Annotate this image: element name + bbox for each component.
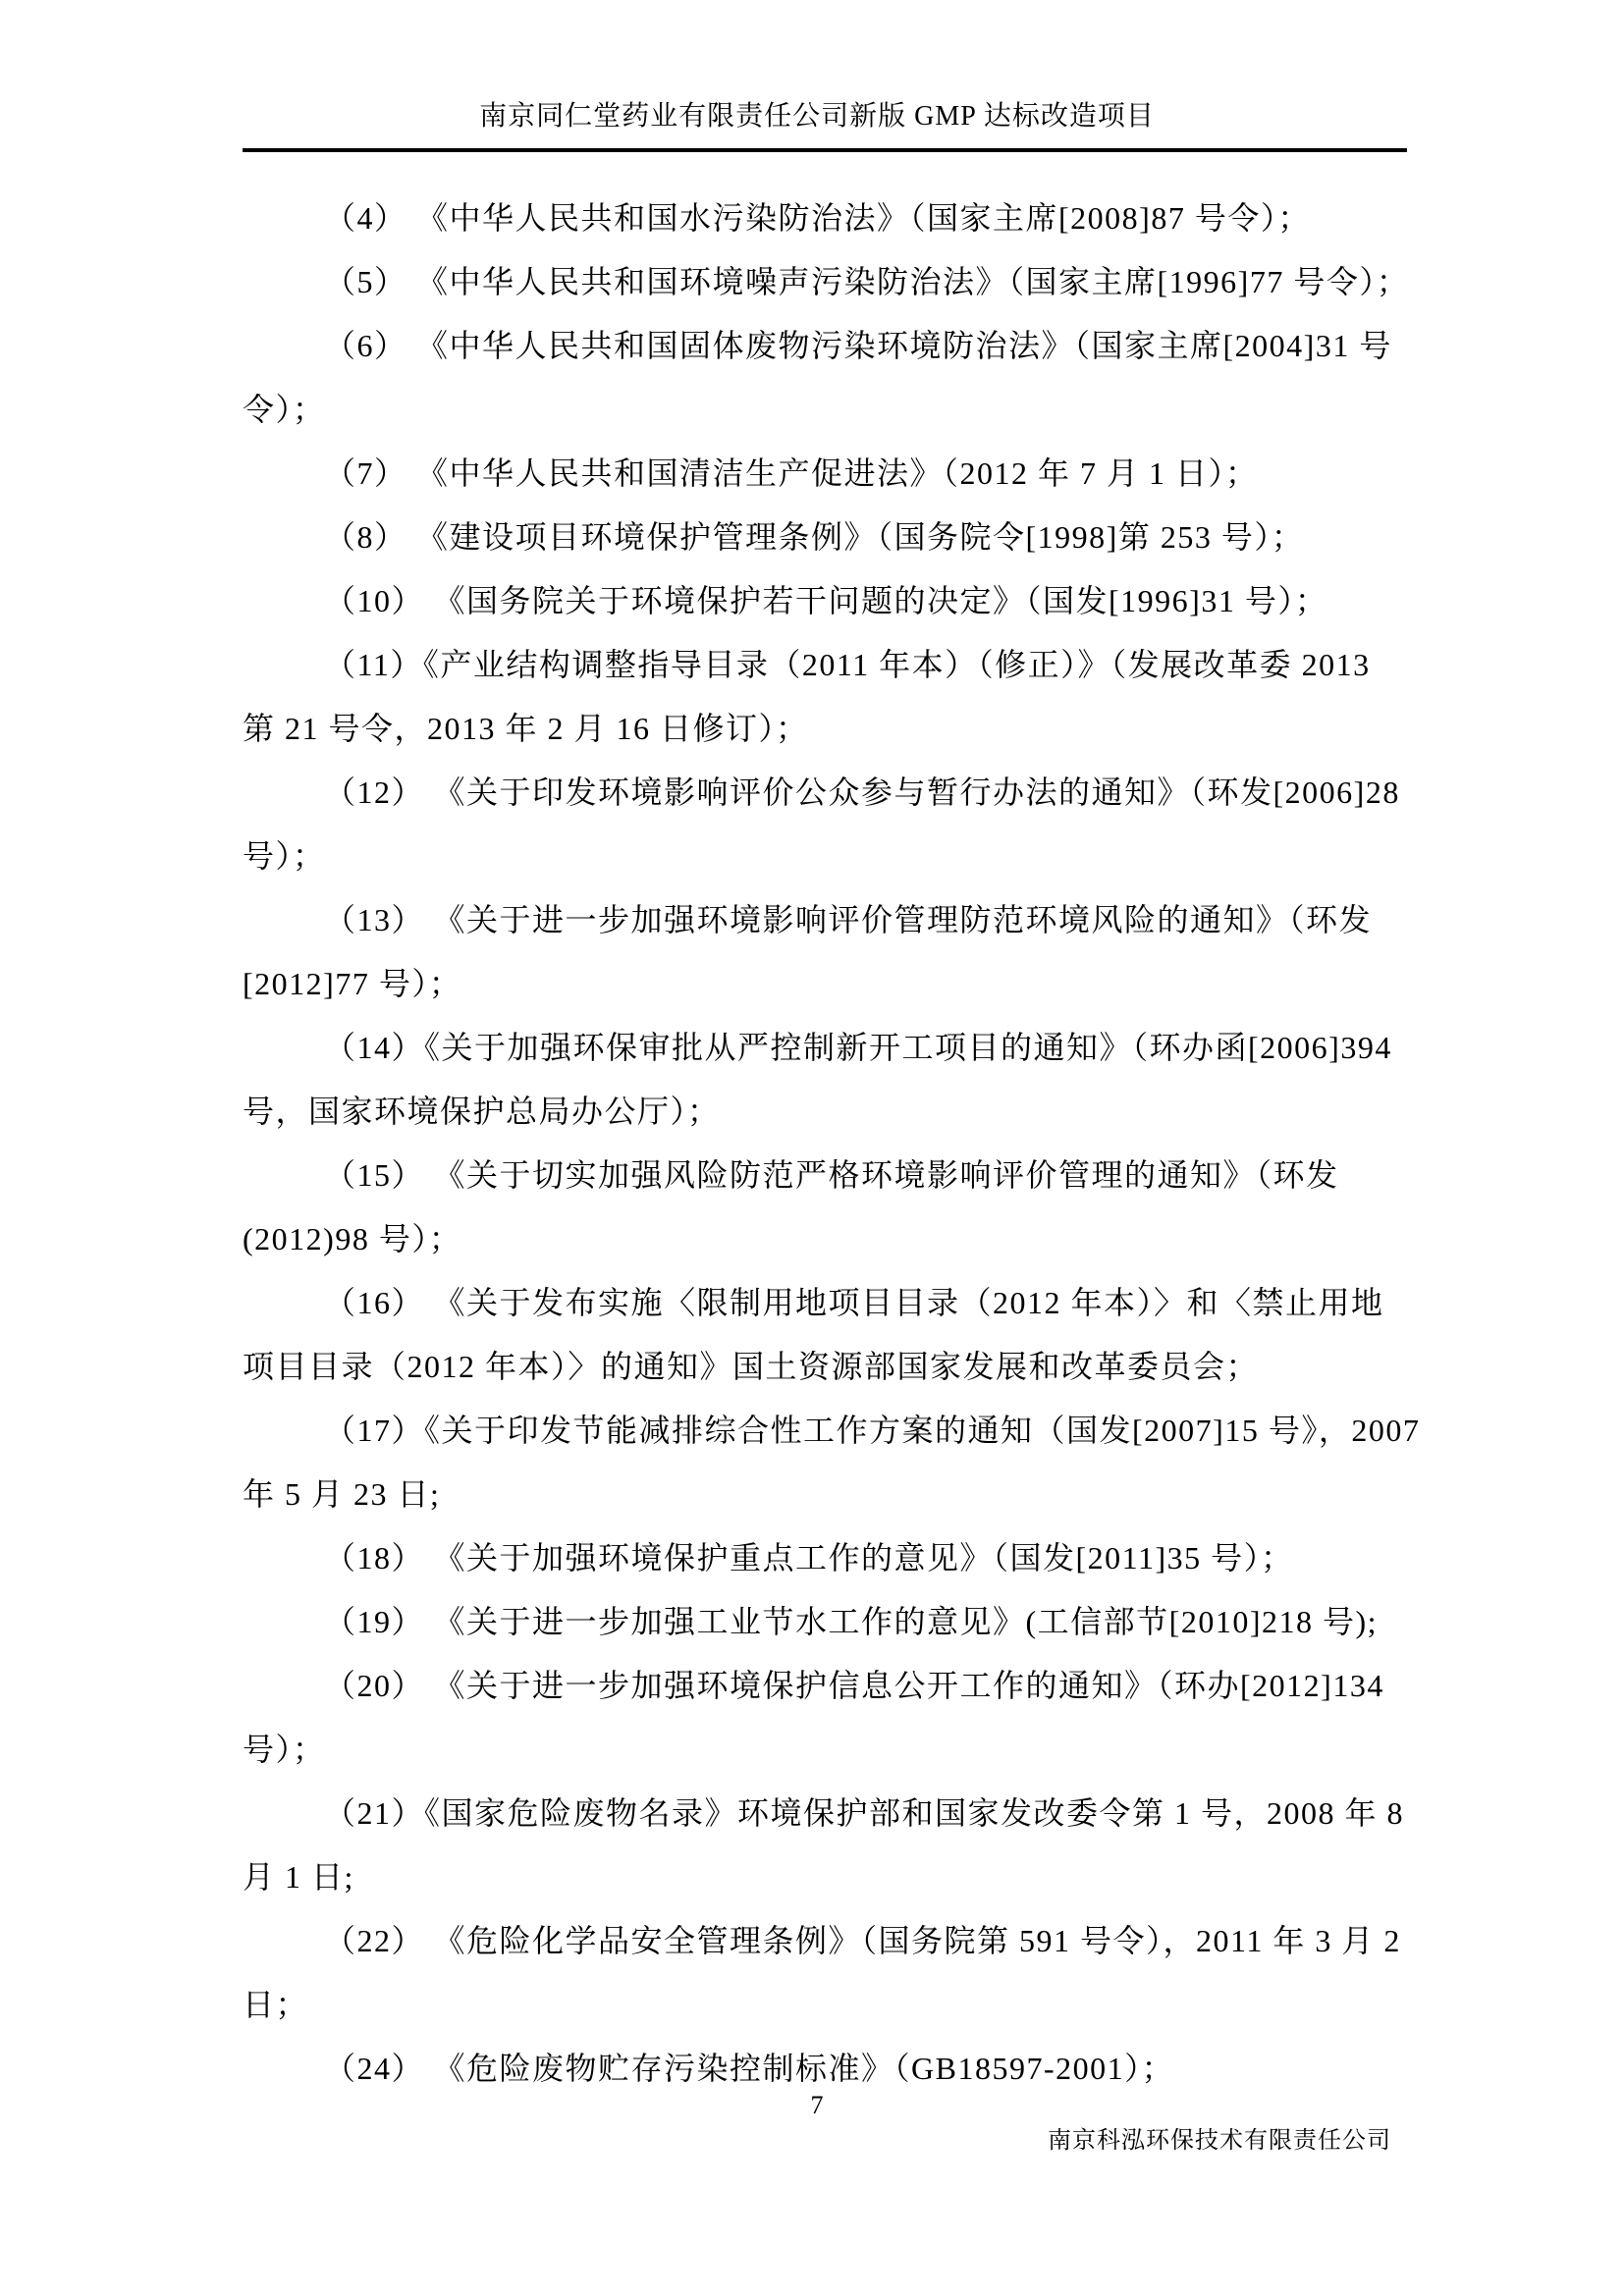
document-page: 南京同仁堂药业有限责任公司新版 GMP 达标改造项目 （4） 《中华人民共和国水…: [0, 0, 1624, 2296]
text-line: （6） 《中华人民共和国固体废物污染环境防治法》（国家主席[2004]31 号: [243, 314, 1391, 378]
text-line: （21）《国家危险废物名录》环境保护部和国家发改委令第 1 号，2008 年 8: [243, 1782, 1391, 1845]
text-line: （4） 《中华人民共和国水污染防治法》（国家主席[2008]87 号令）；: [243, 187, 1391, 250]
header-rule: [243, 148, 1407, 152]
text-line: （8） 《建设项目环境保护管理条例》（国务院令[1998]第 253 号）；: [243, 506, 1391, 569]
text-line: 项目目录（2012 年本）〉的通知》国土资源部国家发展和改革委员会；: [243, 1335, 1391, 1399]
text-line: （7） 《中华人民共和国清洁生产促进法》（2012 年 7 月 1 日）；: [243, 442, 1391, 506]
text-line: （19） 《关于进一步加强工业节水工作的意见》(工信部节[2010]218 号)…: [243, 1590, 1391, 1654]
text-line: [2012]77 号）；: [243, 952, 1391, 1016]
text-line: 第 21 号令，2013 年 2 月 16 日修订）；: [243, 697, 1391, 761]
text-line: 月 1 日;: [243, 1845, 1391, 1909]
text-line: （10） 《国务院关于环境保护若干问题的决定》（国发[1996]31 号）；: [243, 569, 1391, 633]
text-line: 年 5 月 23 日;: [243, 1463, 1391, 1526]
text-line: （20） 《关于进一步加强环境保护信息公开工作的通知》（环办[2012]134: [243, 1654, 1391, 1718]
text-line: 号，国家环境保护总局办公厅）；: [243, 1080, 1391, 1144]
text-line: （12） 《关于印发环境影响评价公众参与暂行办法的通知》（环发[2006]28: [243, 761, 1391, 825]
text-line: 日；: [243, 1973, 1391, 2037]
text-line: （18） 《关于加强环境保护重点工作的意见》（国发[2011]35 号）；: [243, 1526, 1391, 1590]
footer-company-name: 南京科泓环保技术有限责任公司: [243, 2120, 1391, 2155]
text-line: (2012)98 号）；: [243, 1207, 1391, 1271]
text-line: （5） 《中华人民共和国环境噪声污染防治法》（国家主席[1996]77 号令）；: [243, 250, 1391, 314]
text-line: 号）；: [243, 825, 1391, 888]
text-line: （22） 《危险化学品安全管理条例》（国务院第 591 号令），2011 年 3…: [243, 1909, 1391, 1973]
text-line: （17）《关于印发节能减排综合性工作方案的通知（国发[2007]15 号》，20…: [243, 1399, 1391, 1463]
text-line: （13） 《关于进一步加强环境影响评价管理防范环境风险的通知》（环发: [243, 888, 1391, 952]
body-text: （4） 《中华人民共和国水污染防治法》（国家主席[2008]87 号令）；（5）…: [243, 187, 1391, 2101]
text-line: （16） 《关于发布实施〈限制用地项目目录（2012 年本）〉和〈禁止用地: [243, 1271, 1391, 1335]
text-line: （14）《关于加强环保审批从严控制新开工项目的通知》（环办函[2006]394: [243, 1016, 1391, 1080]
page-number: 7: [243, 2091, 1391, 2120]
text-line: （15） 《关于切实加强风险防范严格环境影响评价管理的通知》（环发: [243, 1144, 1391, 1207]
text-line: 号）；: [243, 1718, 1391, 1782]
text-line: （11）《产业结构调整指导目录（2011 年本）（修正）》（发展改革委 2013: [243, 633, 1391, 697]
page-header-title: 南京同仁堂药业有限责任公司新版 GMP 达标改造项目: [243, 94, 1391, 133]
text-line: 令）；: [243, 378, 1391, 442]
